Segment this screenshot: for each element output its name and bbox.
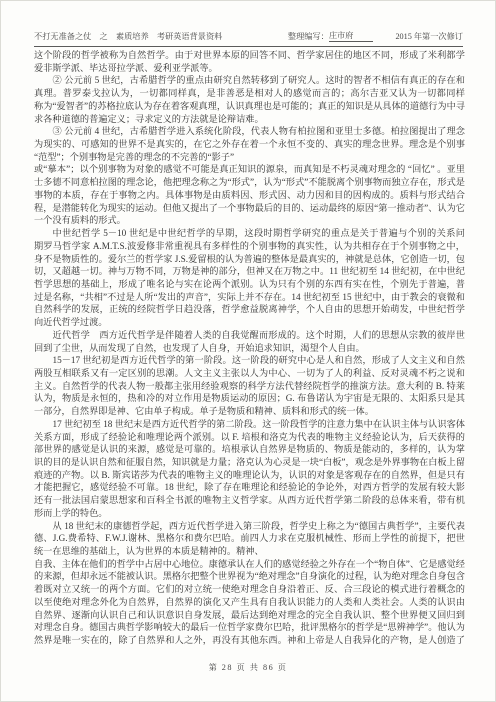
- text-line: “范型”；个别事物是完善的理念的不完善的“影子”: [34, 151, 465, 164]
- header-editor-name: 庄市府: [329, 30, 374, 42]
- text-line: 认为，物质是永恒的，热和冷的对立作用是物质运动的原因；G. 布鲁诺认为宇宙是无限…: [34, 392, 465, 405]
- text-line: 统一在思维的基础上，认为世界的本质是精神的。精神、: [34, 545, 465, 558]
- text-line: 主义。自然哲学的代表人物一般都主张用经验观察的科学方法代替经院哲学的推演方法。意…: [34, 380, 465, 393]
- header-left-title: 不打无准备之仗 之 素质培养 考研英语背景资料: [34, 31, 222, 42]
- text-line: 15－17 世纪初是西方近代哲学的第一阶段。这一阶段的研究中心是人和自然，形成了…: [34, 354, 465, 367]
- text-line: 真理。普罗泰戈拉认为，一切都同样真，是非善恶是相对人的感觉而言的；高尔吉亚又认为…: [34, 87, 465, 100]
- text-line: 痕迹的产物。以 B. 斯宾诺莎为代表的唯物主义的唯理论认为，认识的对象是客观存在…: [34, 469, 465, 482]
- text-line: 中世纪哲学 5－10 世纪是中世纪哲学的早期，这段时期哲学研究的重点是关于普遍与…: [34, 227, 465, 240]
- header-editor-label: 整理编写：: [288, 31, 329, 42]
- text-line: 的来源，但却永远不能被认识。黑格尔把整个世界视为“绝对理念”自身演化的过程，认为…: [34, 570, 465, 583]
- text-line: ② 公元前 5 世纪，古希腊哲学的重点由研究自然转移到了研究人。这时的智者不相信…: [34, 74, 465, 87]
- text-line: 自我、主体在他们的哲学中占居中心地位。康德承认在人们的感觉经验之外存在一个“物自…: [34, 558, 465, 571]
- text-line: 近代哲学 西方近代哲学是伴随着人类的自我觉醒而形成的。这个时期，人们的思想从宗教…: [34, 329, 465, 342]
- text-line: 切，又超越一切。神与万物不同，万物是神的部分，但神又在万物之中。11 世纪初至 …: [34, 265, 465, 278]
- text-line: 着既对立又统一的两个方面。它们的对立统一使绝对理念自身沿着正、反、合三段论的模式…: [34, 583, 465, 596]
- text-line: 程，是潜能转化为现实的运动。但他又提出了一个事物最后的目的、运动最终的原因“第一…: [34, 202, 465, 215]
- text-line: 从 18 世纪末的康德哲学起，西方近代哲学进入第三阶段，哲学史上称之为“德国古典…: [34, 520, 465, 533]
- text-line: 称为“爱智者”的苏格拉底认为存在着客观真理，认识真理也是可能的；真正的知识是从具…: [34, 100, 465, 113]
- page-header: 不打无准备之仗 之 素质培养 考研英语背景资料 整理编写： 庄市府 2015 年…: [34, 30, 463, 47]
- text-line: ③ 公元前 4 世纪，古希腊哲学进入系统化阶段，代表人物有柏拉图和亚里士多德。柏…: [34, 125, 465, 138]
- text-line: 形而上学的特色。: [34, 507, 465, 520]
- text-line: 德、J.G.费希特、F.W.J.谢林、黑格尔和费尔巴哈。前四人力求在克服机械性、…: [34, 532, 465, 545]
- text-line: 士多德不同意柏拉图的理念论，他把理念称之为“形式”，认为“形式”不能脱离个别事物…: [34, 176, 465, 189]
- text-line: 事物的本质，存在于事物之内。具体事物是由质料因、形式因、动力因和目的因构成的。质…: [34, 189, 465, 202]
- text-line: 两股互相联系又有一定区别的思潮。人文主义主张以人为中心、一切为了人的利益、反对灵…: [34, 367, 465, 380]
- text-line: 识的目的是认识自然和征服自然，知识就是力量；洛克认为心灵是一块“白板”，观念是外…: [34, 456, 465, 469]
- text-line: 才能把握它，感觉经验不可靠。18 世纪，除了存在唯理论和经验论的争论外，对西方哲…: [34, 481, 465, 494]
- header-revision: 2015 年第一次修订: [395, 31, 463, 42]
- page-number: 第 28 页 共 86 页: [209, 663, 288, 672]
- text-line: 一部分，自然界即是神、它由单子构成。单子是物质和精神、质料和形式的统一体。: [34, 405, 465, 418]
- text-line: 对理念自身。德国古典哲学影响较大的最后一位哲学家费尔巴哈，批评黑格尔的哲学是“思…: [34, 621, 465, 634]
- text-line: 向近代哲学过渡。: [34, 316, 465, 329]
- text-line: 过是名称，“共相”不过是人所“发出的声音”，实际上并不存在。14 世纪初至 15…: [34, 291, 465, 304]
- page-footer: 第 28 页 共 86 页: [1, 662, 495, 673]
- text-line: 还有一批法国启蒙思想家和百科全书派的唯物主义哲学家。从西方近代哲学第二阶段的总体…: [34, 494, 465, 507]
- text-line: 求各种道德的普遍定义；寻求定义的方法就是论辩诘难。: [34, 113, 465, 126]
- text-line: 17 世纪初至 18 世纪末是西方近代哲学的第二阶段。这一阶段哲学的注意力集中在…: [34, 418, 465, 431]
- text-line: 然界是唯一实在的，除了自然界和人之外，再没有其他东西。神和上帝是人自我异化的产物…: [34, 634, 465, 647]
- text-line: 期罗马哲学家 A.M.T.S.波爱修非常重视具有多样性的个别事物的真实性，认为共…: [34, 240, 465, 253]
- text-line: 身不是物质性的。爱尔兰的哲学家 J.S.爱留根的认为普遍的整体是最真实的，神就是…: [34, 253, 465, 266]
- text-line: 这个阶段的哲学被称为自然哲学。由于对世界本原的回答不同、哲学家居住的地区不同，形…: [34, 49, 465, 62]
- header-right-group: 整理编写： 庄市府 2015 年第一次修订: [288, 30, 463, 42]
- text-line: 自然界、逐渐向认识自己和认识意识自身发展，最后达到绝对理念的完全自我认识、整个世…: [34, 609, 465, 622]
- text-line: 爱非斯学派、毕达哥拉学派、爱利亚学派等。: [34, 62, 465, 75]
- text-line: 以至使绝对理念外化为自然界，自然界的演化又产生具有自我认识能力的人类和人类社会。…: [34, 596, 465, 609]
- text-line: 回到了尘世，从而发现了自然，也发现了人自身，开始追求知识，渴望个人自由。: [34, 342, 465, 355]
- document-body: 这个阶段的哲学被称为自然哲学。由于对世界本原的回答不同、哲学家居住的地区不同，形…: [34, 49, 465, 647]
- text-line: 一个没有质料的形式。: [34, 214, 465, 227]
- text-line: 为现实的、可感知的世界不是真实的，在它之外存在着一个永恒不变的、真实的理念世界。…: [34, 138, 465, 151]
- text-line: 部世界的感觉是认识的来源，感觉是可靠的。培根承认自然界是物质的、物质是能动的，多…: [34, 443, 465, 456]
- text-line: 关系方面，形成了经验论和唯理论两个派别。以 F. 培根和洛克为代表的唯物主义经验…: [34, 431, 465, 444]
- text-line: 或“摹本”；以个别事物为对象的感觉不可能是真正知识的源泉，而真知是不朽灵魂对理念…: [34, 163, 465, 176]
- text-line: 自然科学的发展，正统的经院哲学日趋没落，哲学愈益脱离神学，个人自由的思想开始萌发…: [34, 303, 465, 316]
- text-line: 哲学思想的基础上，形成了唯名论与实在论两个派别。认为只有个别的东西有实在性，个别…: [34, 278, 465, 291]
- document-page: 不打无准备之仗 之 素质培养 考研英语背景资料 整理编写： 庄市府 2015 年…: [0, 0, 496, 702]
